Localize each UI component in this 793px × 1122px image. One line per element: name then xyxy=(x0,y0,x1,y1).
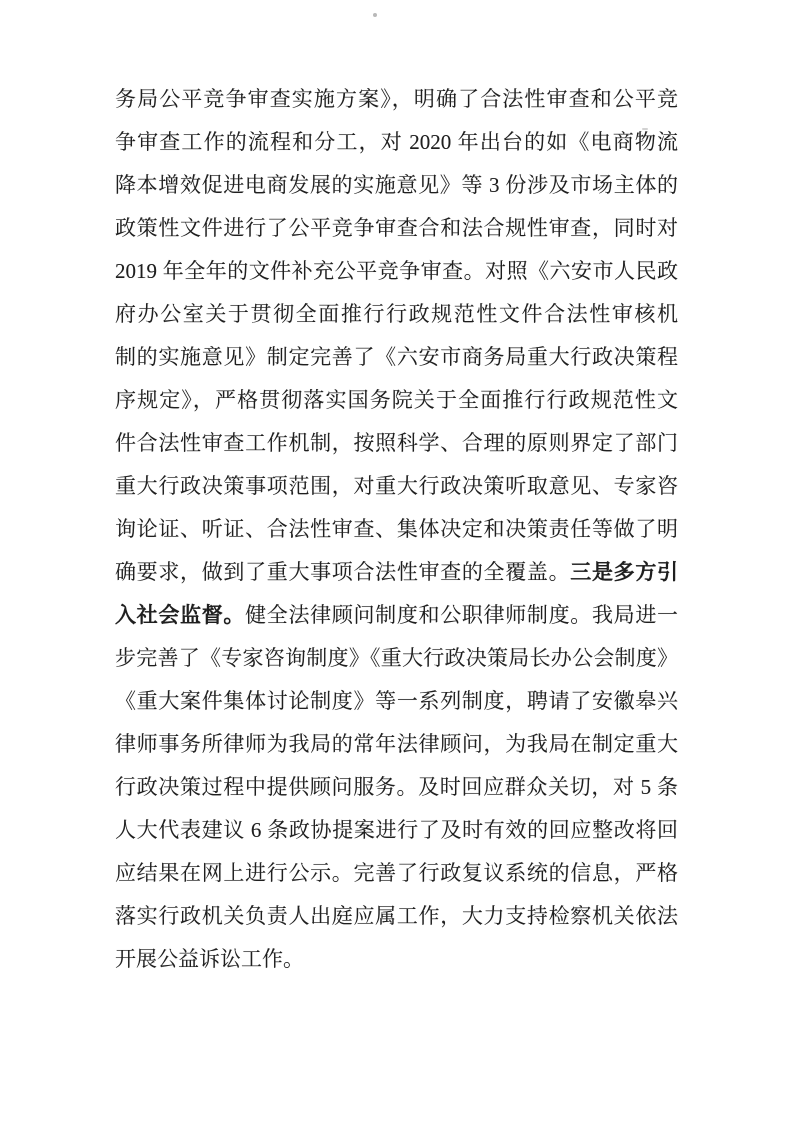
text-segment-pre: 制的实施意见》制定完善了《六安市商务局重大行政决策程 xyxy=(115,345,678,369)
text-line: 行政决策过程中提供顾问服务。及时回应群众关切，对 5 条 xyxy=(115,766,678,809)
text-line: 人大代表建议 6 条政协提案进行了及时有效的回应整改将回 xyxy=(115,809,678,852)
text-segment-pre: 应结果在网上进行公示。完善了行政复议系统的信息，严格 xyxy=(115,861,678,885)
text-segment-pre: 落实行政机关负责人出庭应属工作，大力支持检察机关依法 xyxy=(115,904,678,928)
text-segment-pre: 开展公益诉讼工作。 xyxy=(115,947,304,971)
text-segment-bold: 三是多方引 xyxy=(570,560,678,584)
text-line: 入社会监督。健全法律顾问制度和公职律师制度。我局进一 xyxy=(115,594,678,637)
text-line: 询论证、听证、合法性审查、集体决定和决策责任等做了明 xyxy=(115,508,678,551)
text-segment-pre: 重大行政决策事项范围，对重大行政决策听取意见、专家咨 xyxy=(115,474,678,498)
text-segment-pre: 行政决策过程中提供顾问服务。及时回应群众关切，对 5 条 xyxy=(115,775,678,799)
document-page: 务局公平竞争审查实施方案》，明确了合法性审查和公平竞争审查工作的流程和分工，对 … xyxy=(0,0,793,1122)
text-line: 开展公益诉讼工作。 xyxy=(115,938,678,981)
text-line: 件合法性审查工作机制，按照科学、合理的原则界定了部门 xyxy=(115,422,678,465)
scan-speck xyxy=(373,13,377,17)
text-line: 府办公室关于贯彻全面推行行政规范性文件合法性审核机 xyxy=(115,293,678,336)
text-segment-pre: 《重大案件集体讨论制度》等一系列制度，聘请了安徽皋兴 xyxy=(115,689,678,713)
text-segment-pre: 人大代表建议 6 条政协提案进行了及时有效的回应整改将回 xyxy=(115,818,678,842)
text-segment-pre: 务局公平竞争审查实施方案》，明确了合法性审查和公平竞 xyxy=(115,87,678,111)
text-segment-pre: 律师事务所律师为我局的常年法律顾问，为我局在制定重大 xyxy=(115,732,678,756)
text-segment-pre: 件合法性审查工作机制，按照科学、合理的原则界定了部门 xyxy=(115,431,678,455)
text-segment-pre: 2019 年全年的文件补充公平竞争审查。对照《六安市人民政 xyxy=(115,259,678,283)
text-line: 政策性文件进行了公平竞争审查合和法合规性审查，同时对 xyxy=(115,207,678,250)
text-segment-bold: 入社会监督。 xyxy=(115,603,245,627)
text-line: 争审查工作的流程和分工，对 2020 年出台的如《电商物流 xyxy=(115,121,678,164)
text-line: 序规定》，严格贯彻落实国务院关于全面推行行政规范性文 xyxy=(115,379,678,422)
text-segment-pre: 争审查工作的流程和分工，对 2020 年出台的如《电商物流 xyxy=(115,130,678,154)
text-line: 务局公平竞争审查实施方案》，明确了合法性审查和公平竞 xyxy=(115,78,678,121)
text-line: 重大行政决策事项范围，对重大行政决策听取意见、专家咨 xyxy=(115,465,678,508)
text-line: 律师事务所律师为我局的常年法律顾问，为我局在制定重大 xyxy=(115,723,678,766)
text-segment-pre: 询论证、听证、合法性审查、集体决定和决策责任等做了明 xyxy=(115,517,678,541)
text-line: 降本增效促进电商发展的实施意见》等 3 份涉及市场主体的 xyxy=(115,164,678,207)
text-segment-pre: 政策性文件进行了公平竞争审查合和法合规性审查，同时对 xyxy=(115,216,678,240)
text-segment-pre: 降本增效促进电商发展的实施意见》等 3 份涉及市场主体的 xyxy=(115,173,678,197)
text-line: 确要求，做到了重大事项合法性审查的全覆盖。三是多方引 xyxy=(115,551,678,594)
text-line: 《重大案件集体讨论制度》等一系列制度，聘请了安徽皋兴 xyxy=(115,680,678,723)
text-segment-pre: 序规定》，严格贯彻落实国务院关于全面推行行政规范性文 xyxy=(115,388,678,412)
text-segment-post: 健全法律顾问制度和公职律师制度。我局进一 xyxy=(245,603,678,627)
text-line: 步完善了《专家咨询制度》《重大行政决策局长办公会制度》 xyxy=(115,637,678,680)
text-line: 制的实施意见》制定完善了《六安市商务局重大行政决策程 xyxy=(115,336,678,379)
body-text: 务局公平竞争审查实施方案》，明确了合法性审查和公平竞争审查工作的流程和分工，对 … xyxy=(115,78,678,981)
text-line: 落实行政机关负责人出庭应属工作，大力支持检察机关依法 xyxy=(115,895,678,938)
text-segment-pre: 步完善了《专家咨询制度》《重大行政决策局长办公会制度》 xyxy=(115,646,678,670)
text-segment-pre: 确要求，做到了重大事项合法性审查的全覆盖。 xyxy=(115,560,570,584)
text-line: 应结果在网上进行公示。完善了行政复议系统的信息，严格 xyxy=(115,852,678,895)
text-line: 2019 年全年的文件补充公平竞争审查。对照《六安市人民政 xyxy=(115,250,678,293)
text-segment-pre: 府办公室关于贯彻全面推行行政规范性文件合法性审核机 xyxy=(115,302,678,326)
